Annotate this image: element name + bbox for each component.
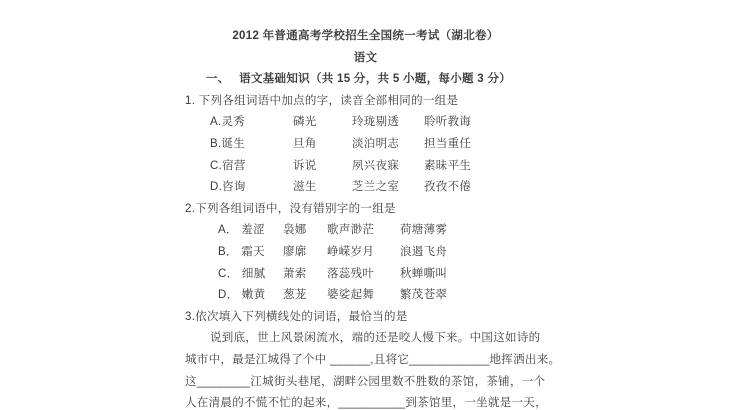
- option-row-2b: B． 霜天 廖廓 峥嵘岁月 浪遏飞舟: [185, 242, 546, 264]
- option-cell: 歌声渺茫: [327, 220, 400, 242]
- option-cell: 浪遏飞舟: [400, 242, 447, 264]
- subject-title: 语文: [185, 48, 546, 70]
- option-row-1a: A.灵秀 磷光 玲珑剔透 聆听教诲: [185, 112, 546, 134]
- option-cell: 萧索: [283, 264, 327, 286]
- option-row-2d: D． 嫩黄 葱茏 婆娑起舞 繁茂苍翠: [185, 285, 546, 307]
- option-cell: D． 嫩黄: [218, 285, 283, 307]
- question-1-stem: 1. 下列各组词语中加点的字，读音全部相同的一组是: [185, 91, 546, 113]
- option-cell: A.灵秀: [210, 112, 293, 134]
- option-cell: 旦角: [293, 134, 352, 156]
- paragraph-line: 人在清晨的不慌不忙的起来，__________到茶馆里，一坐就是一天，: [185, 393, 546, 410]
- option-cell: 滋生: [293, 177, 352, 199]
- paragraph-line: 这________江城街头巷尾，湖畔公园里数不胜数的茶馆，茶铺，一个: [185, 372, 546, 394]
- paragraph-line: 城市中，最是江城得了个中 ______,且将它____________地挥洒出来…: [185, 350, 546, 372]
- option-cell: 素昧平生: [424, 156, 471, 178]
- option-cell: 担当重任: [424, 134, 471, 156]
- option-cell: 繁茂苍翠: [400, 285, 447, 307]
- option-cell: 玲珑剔透: [352, 112, 424, 134]
- option-cell: B． 霜天: [218, 242, 283, 264]
- exam-document-page: 2012 年普通高考学校招生全国统一考试（湖北卷） 语文 一、 语文基础知识（共…: [185, 26, 546, 410]
- page-title: 2012 年普通高考学校招生全国统一考试（湖北卷）: [185, 26, 546, 48]
- option-cell: B.诞生: [210, 134, 293, 156]
- option-cell: 夙兴夜寐: [352, 156, 424, 178]
- option-row-1c: C.宿营 诉说 夙兴夜寐 素昧平生: [185, 156, 546, 178]
- option-cell: 峥嵘岁月: [327, 242, 400, 264]
- option-cell: 聆听教诲: [424, 112, 471, 134]
- question-3-stem: 3.依次填入下列横线处的词语，最恰当的是: [185, 307, 546, 329]
- option-row-2a: A． 羞涩 袅娜 歌声渺茫 荷塘薄雾: [185, 220, 546, 242]
- option-cell: 淡泊明志: [352, 134, 424, 156]
- option-cell: C.宿营: [210, 156, 293, 178]
- question-3-paragraph: 说到底，世上风景闲流水，端的还是咬人慢下来。中国这如诗的 城市中，最是江城得了个…: [185, 328, 546, 410]
- question-1-options: A.灵秀 磷光 玲珑剔透 聆听教诲 B.诞生 旦角 淡泊明志 担当重任 C.宿营…: [185, 112, 546, 198]
- option-cell: D.咨询: [210, 177, 293, 199]
- option-cell: 诉说: [293, 156, 352, 178]
- option-cell: 芝兰之室: [352, 177, 424, 199]
- option-row-1b: B.诞生 旦角 淡泊明志 担当重任: [185, 134, 546, 156]
- option-cell: 袅娜: [283, 220, 327, 242]
- option-cell: 落蕊残叶: [327, 264, 400, 286]
- option-cell: 磷光: [293, 112, 352, 134]
- section-heading: 一、 语文基础知识（共 15 分，共 5 小题，每小题 3 分）: [185, 69, 546, 91]
- option-cell: 婆娑起舞: [327, 285, 400, 307]
- option-cell: 廖廓: [283, 242, 327, 264]
- option-row-2c: C． 细腻 萧索 落蕊残叶 秋蝉嘶叫: [185, 264, 546, 286]
- paragraph-line: 说到底，世上风景闲流水，端的还是咬人慢下来。中国这如诗的: [185, 328, 546, 350]
- option-row-1d: D.咨询 滋生 芝兰之室 孜孜不倦: [185, 177, 546, 199]
- option-cell: 孜孜不倦: [424, 177, 471, 199]
- option-cell: 葱茏: [283, 285, 327, 307]
- question-2-stem: 2.下列各组词语中，没有错别字的一组是: [185, 199, 546, 221]
- option-cell: A． 羞涩: [218, 220, 283, 242]
- option-cell: 秋蝉嘶叫: [400, 264, 447, 286]
- option-cell: 荷塘薄雾: [400, 220, 447, 242]
- question-2-options: A． 羞涩 袅娜 歌声渺茫 荷塘薄雾 B． 霜天 廖廓 峥嵘岁月 浪遏飞舟 C．…: [185, 220, 546, 306]
- option-cell: C． 细腻: [218, 264, 283, 286]
